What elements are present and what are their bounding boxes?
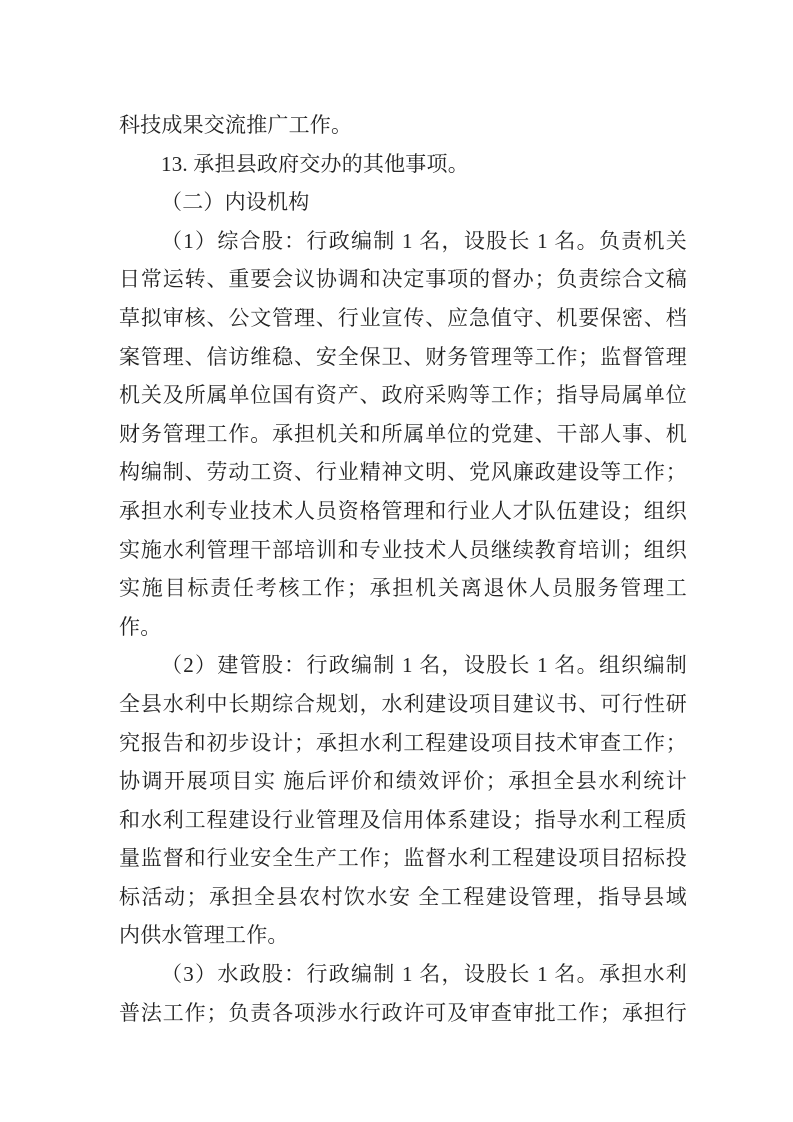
text-line: （1）综合股：行政编制 1 名，设股长 1 名。负责机关: [119, 222, 687, 261]
text-line: 实施目标责任考核工作；承担机关离退休人员服务管理工: [119, 569, 687, 608]
text-line: 13. 承担县政府交办的其他事项。: [119, 145, 687, 184]
text-line: 科技成果交流推广工作。: [119, 106, 687, 145]
text-line: （3）水政股：行政编制 1 名，设股长 1 名。承担水利: [119, 955, 687, 994]
text-line: 草拟审核、公文管理、行业宣传、应急值守、机要保密、档: [119, 299, 687, 338]
text-line: 协调开展项目实 施后评价和绩效评价；承担全县水利统计: [119, 762, 687, 801]
document-body: 科技成果交流推广工作。 13. 承担县政府交办的其他事项。 （二）内设机构 （1…: [119, 106, 687, 1032]
text-line: 案管理、信访维稳、安全保卫、财务管理等工作；监督管理: [119, 338, 687, 377]
text-line: 量监督和行业安全生产工作；监督水利工程建设项目招标投: [119, 839, 687, 878]
text-line: （2）建管股：行政编制 1 名，设股长 1 名。组织编制: [119, 646, 687, 685]
text-line: 机关及所属单位国有资产、政府采购等工作；指导局属单位: [119, 376, 687, 415]
text-line: 作。: [119, 608, 687, 647]
text-line: 实施水利管理干部培训和专业技术人员继续教育培训；组织: [119, 531, 687, 570]
text-line: 全县水利中长期综合规划，水利建设项目建议书、可行性研: [119, 685, 687, 724]
text-line: 财务管理工作。承担机关和所属单位的党建、干部人事、机: [119, 415, 687, 454]
text-line: 日常运转、重要会议协调和决定事项的督办；负责综合文稿: [119, 260, 687, 299]
document-page: 科技成果交流推广工作。 13. 承担县政府交办的其他事项。 （二）内设机构 （1…: [0, 0, 793, 1122]
text-line: 标活动；承担全县农村饮水安 全工程建设管理，指导县域: [119, 878, 687, 917]
text-line: 承担水利专业技术人员资格管理和行业人才队伍建设；组织: [119, 492, 687, 531]
text-line: 和水利工程建设行业管理及信用体系建设；指导水利工程质: [119, 801, 687, 840]
text-line: 究报告和初步设计；承担水利工程建设项目技术审查工作；: [119, 724, 687, 763]
text-line: 构编制、劳动工资、行业精神文明、党风廉政建设等工作；: [119, 453, 687, 492]
section-heading: （二）内设机构: [119, 183, 687, 222]
text-line: 内供水管理工作。: [119, 916, 687, 955]
text-line: 普法工作；负责各项涉水行政许可及审查审批工作；承担行: [119, 994, 687, 1033]
